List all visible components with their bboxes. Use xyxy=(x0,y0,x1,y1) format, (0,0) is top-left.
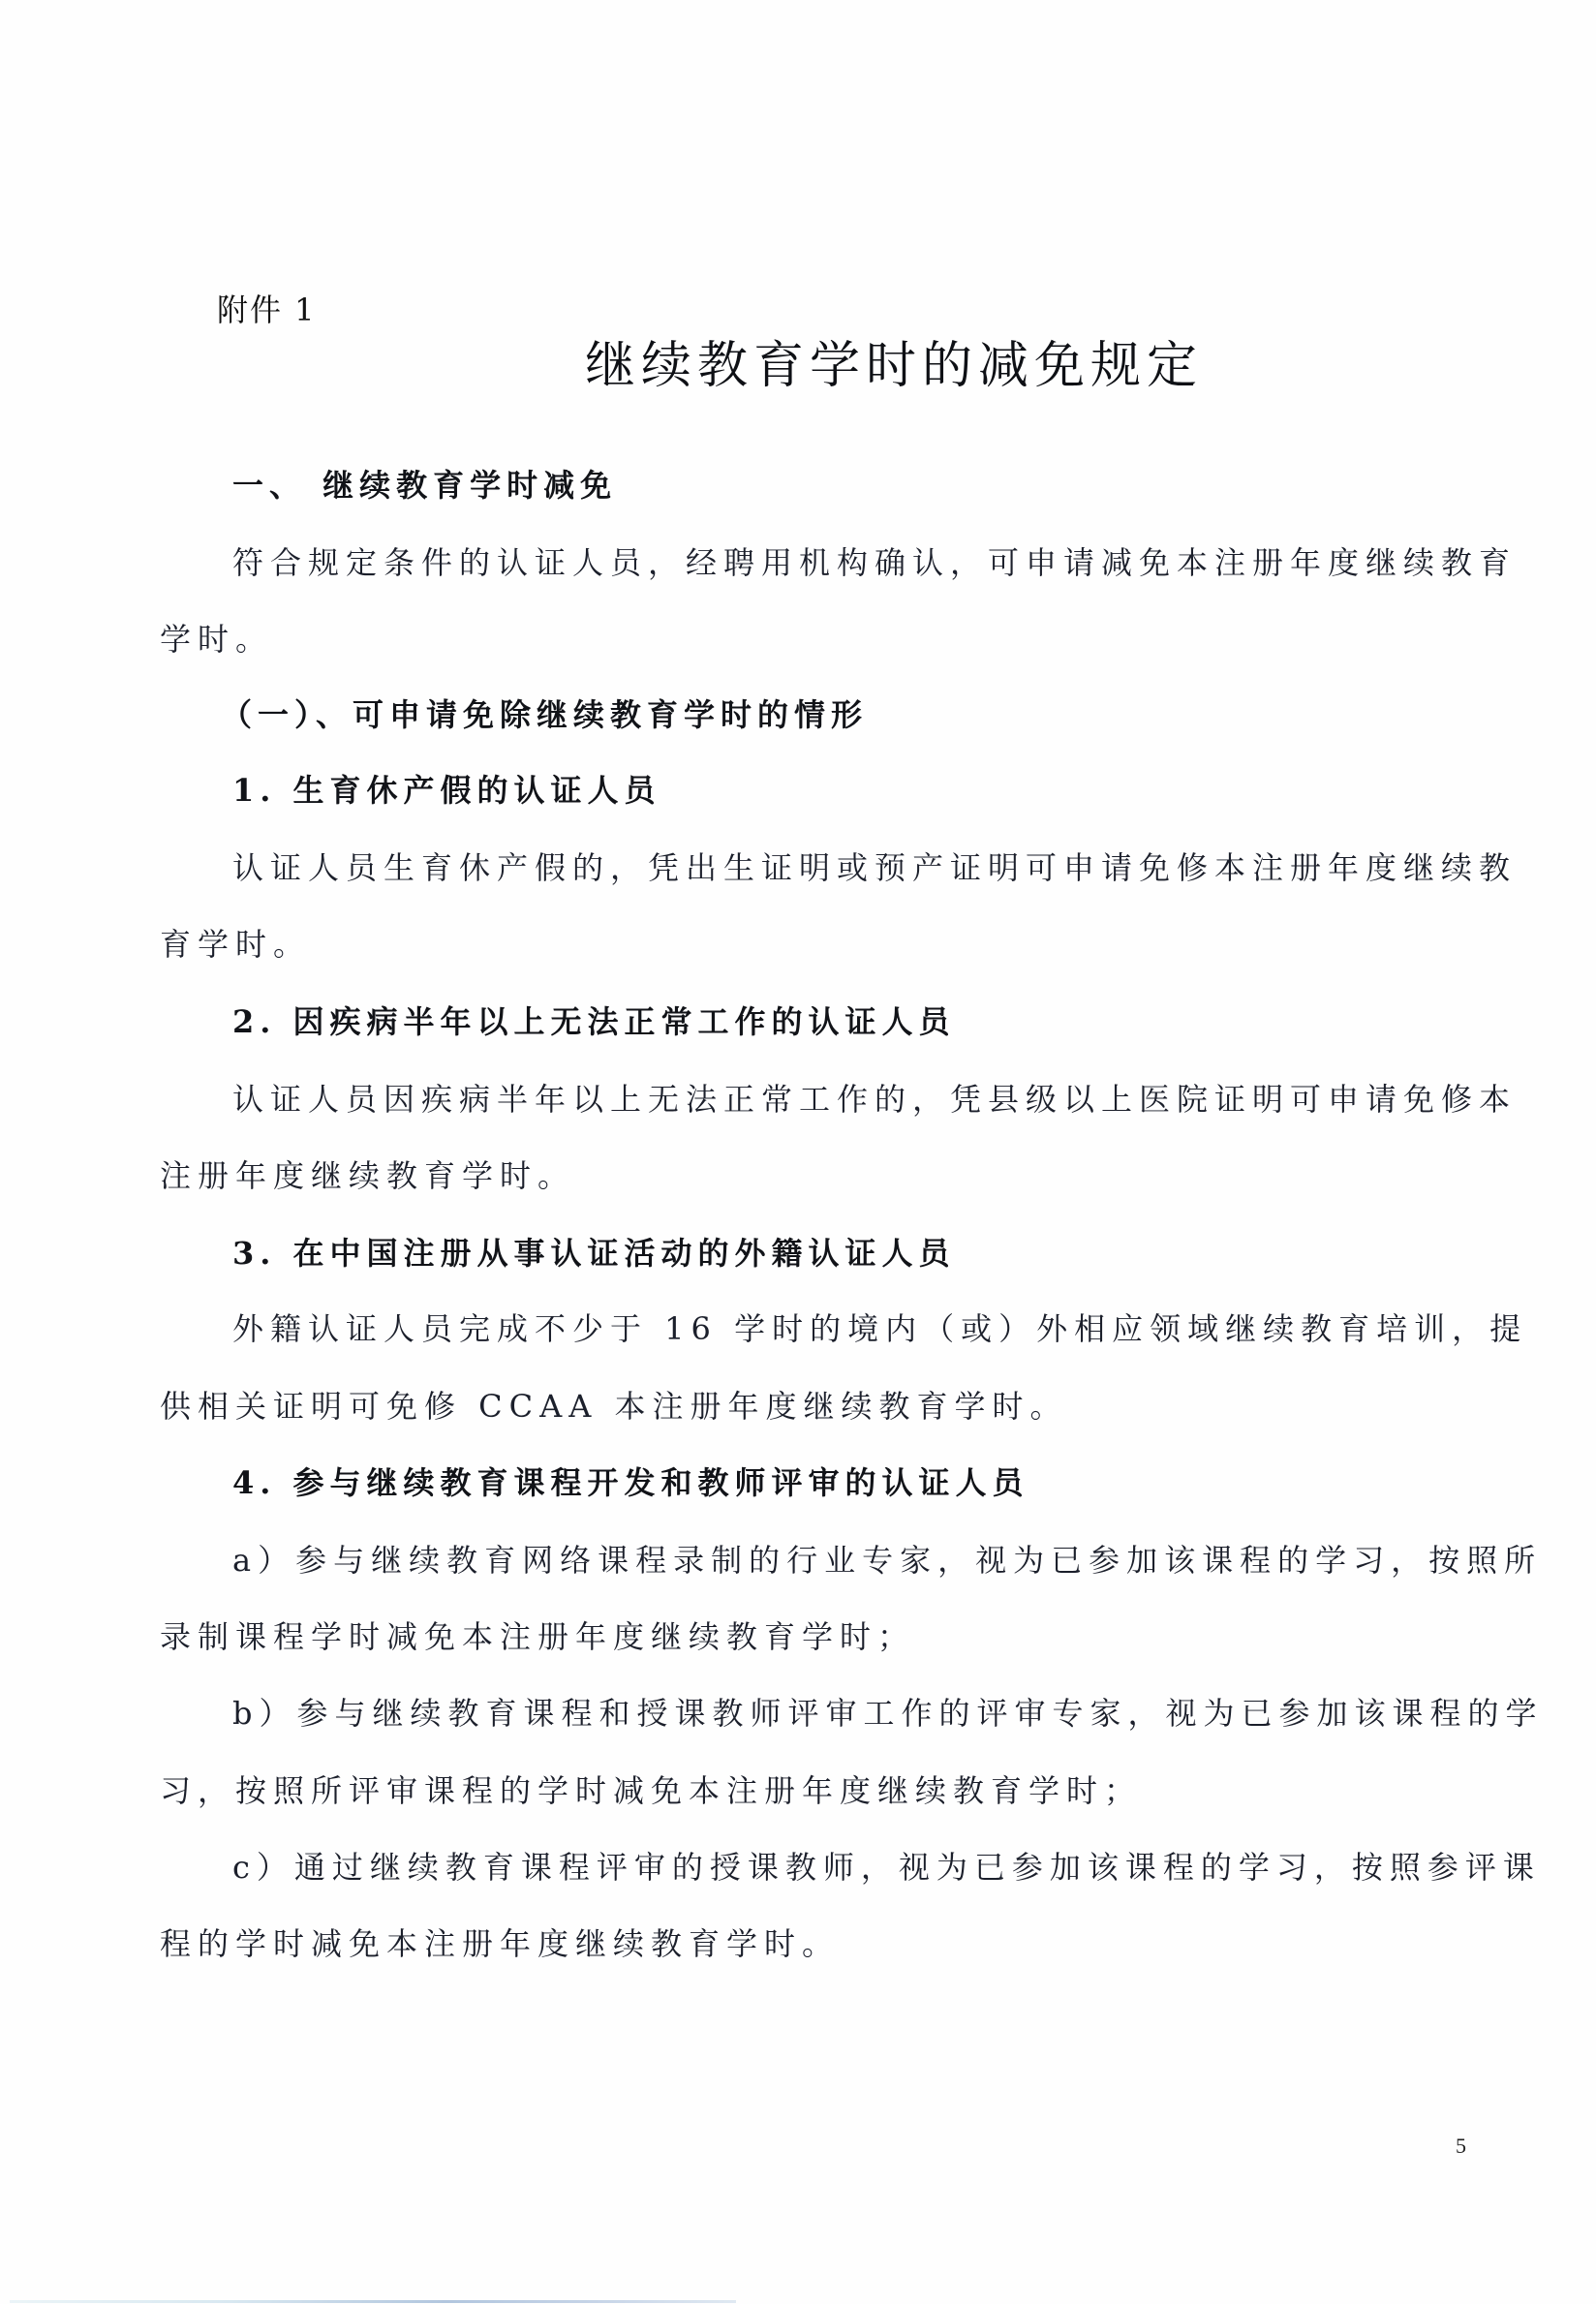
item-heading: 1. 生育休产假的认证人员 xyxy=(232,771,661,810)
item-paragraph-line: 注册年度继续教育学时。 xyxy=(160,1156,575,1195)
item-paragraph-line: 供相关证明可免修 CCAA 本注册年度继续教育学时。 xyxy=(160,1387,1068,1426)
item-heading: 4. 参与继续教育课程开发和教师评审的认证人员 xyxy=(232,1463,1029,1502)
subitem-paragraph-line: 程的学时减免本注册年度继续教育学时。 xyxy=(160,1924,840,1963)
document-title: 继续教育学时的减免规定 xyxy=(585,335,1203,397)
subitem-paragraph-line: c）通过继续教育课程评审的授课教师，视为已参加该课程的学习，按照参评课 xyxy=(232,1848,1541,1887)
subitem-paragraph-line: 习，按照所评审课程的学时减免本注册年度继续教育学时； xyxy=(160,1771,1142,1810)
item-paragraph-line: 认证人员生育休产假的，凭出生证明或预产证明可申请免修本注册年度继续教 xyxy=(232,848,1517,887)
document-page: 附件 1 继续教育学时的减免规定 一、 继续教育学时减免 符合规定条件的认证人员… xyxy=(0,0,1596,2304)
subitem-paragraph-line: a）参与继续教育网络课程录制的行业专家，视为已参加该课程的学习，按照所 xyxy=(232,1541,1542,1580)
item-paragraph-line: 外籍认证人员完成不少于 16 学时的境内（或）外相应领域继续教育培训，提 xyxy=(232,1309,1527,1348)
subitem-paragraph-line: b）参与继续教育课程和授课教师评审工作的评审专家，视为已参加该课程的学 xyxy=(232,1694,1544,1733)
intro-paragraph-line: 学时。 xyxy=(160,620,273,659)
subsection-heading: （一）、可申请免除继续教育学时的情形 xyxy=(221,695,868,734)
item-paragraph-line: 认证人员因疾病半年以上无法正常工作的，凭县级以上医院证明可申请免修本 xyxy=(232,1080,1517,1119)
page-number: 5 xyxy=(1456,2127,1466,2166)
item-paragraph-line: 育学时。 xyxy=(160,925,311,964)
attachment-label: 附件 1 xyxy=(217,291,317,329)
item-heading: 2. 因疾病半年以上无法正常工作的认证人员 xyxy=(232,1002,956,1041)
section-heading: 一、 继续教育学时减免 xyxy=(232,466,617,505)
scan-edge-artifact xyxy=(10,2300,736,2303)
intro-paragraph-line: 符合规定条件的认证人员，经聘用机构确认，可申请减免本注册年度继续教育 xyxy=(232,543,1517,582)
item-heading: 3. 在中国注册从事认证活动的外籍认证人员 xyxy=(232,1234,956,1273)
subitem-paragraph-line: 录制课程学时减免本注册年度继续教育学时； xyxy=(160,1617,915,1656)
